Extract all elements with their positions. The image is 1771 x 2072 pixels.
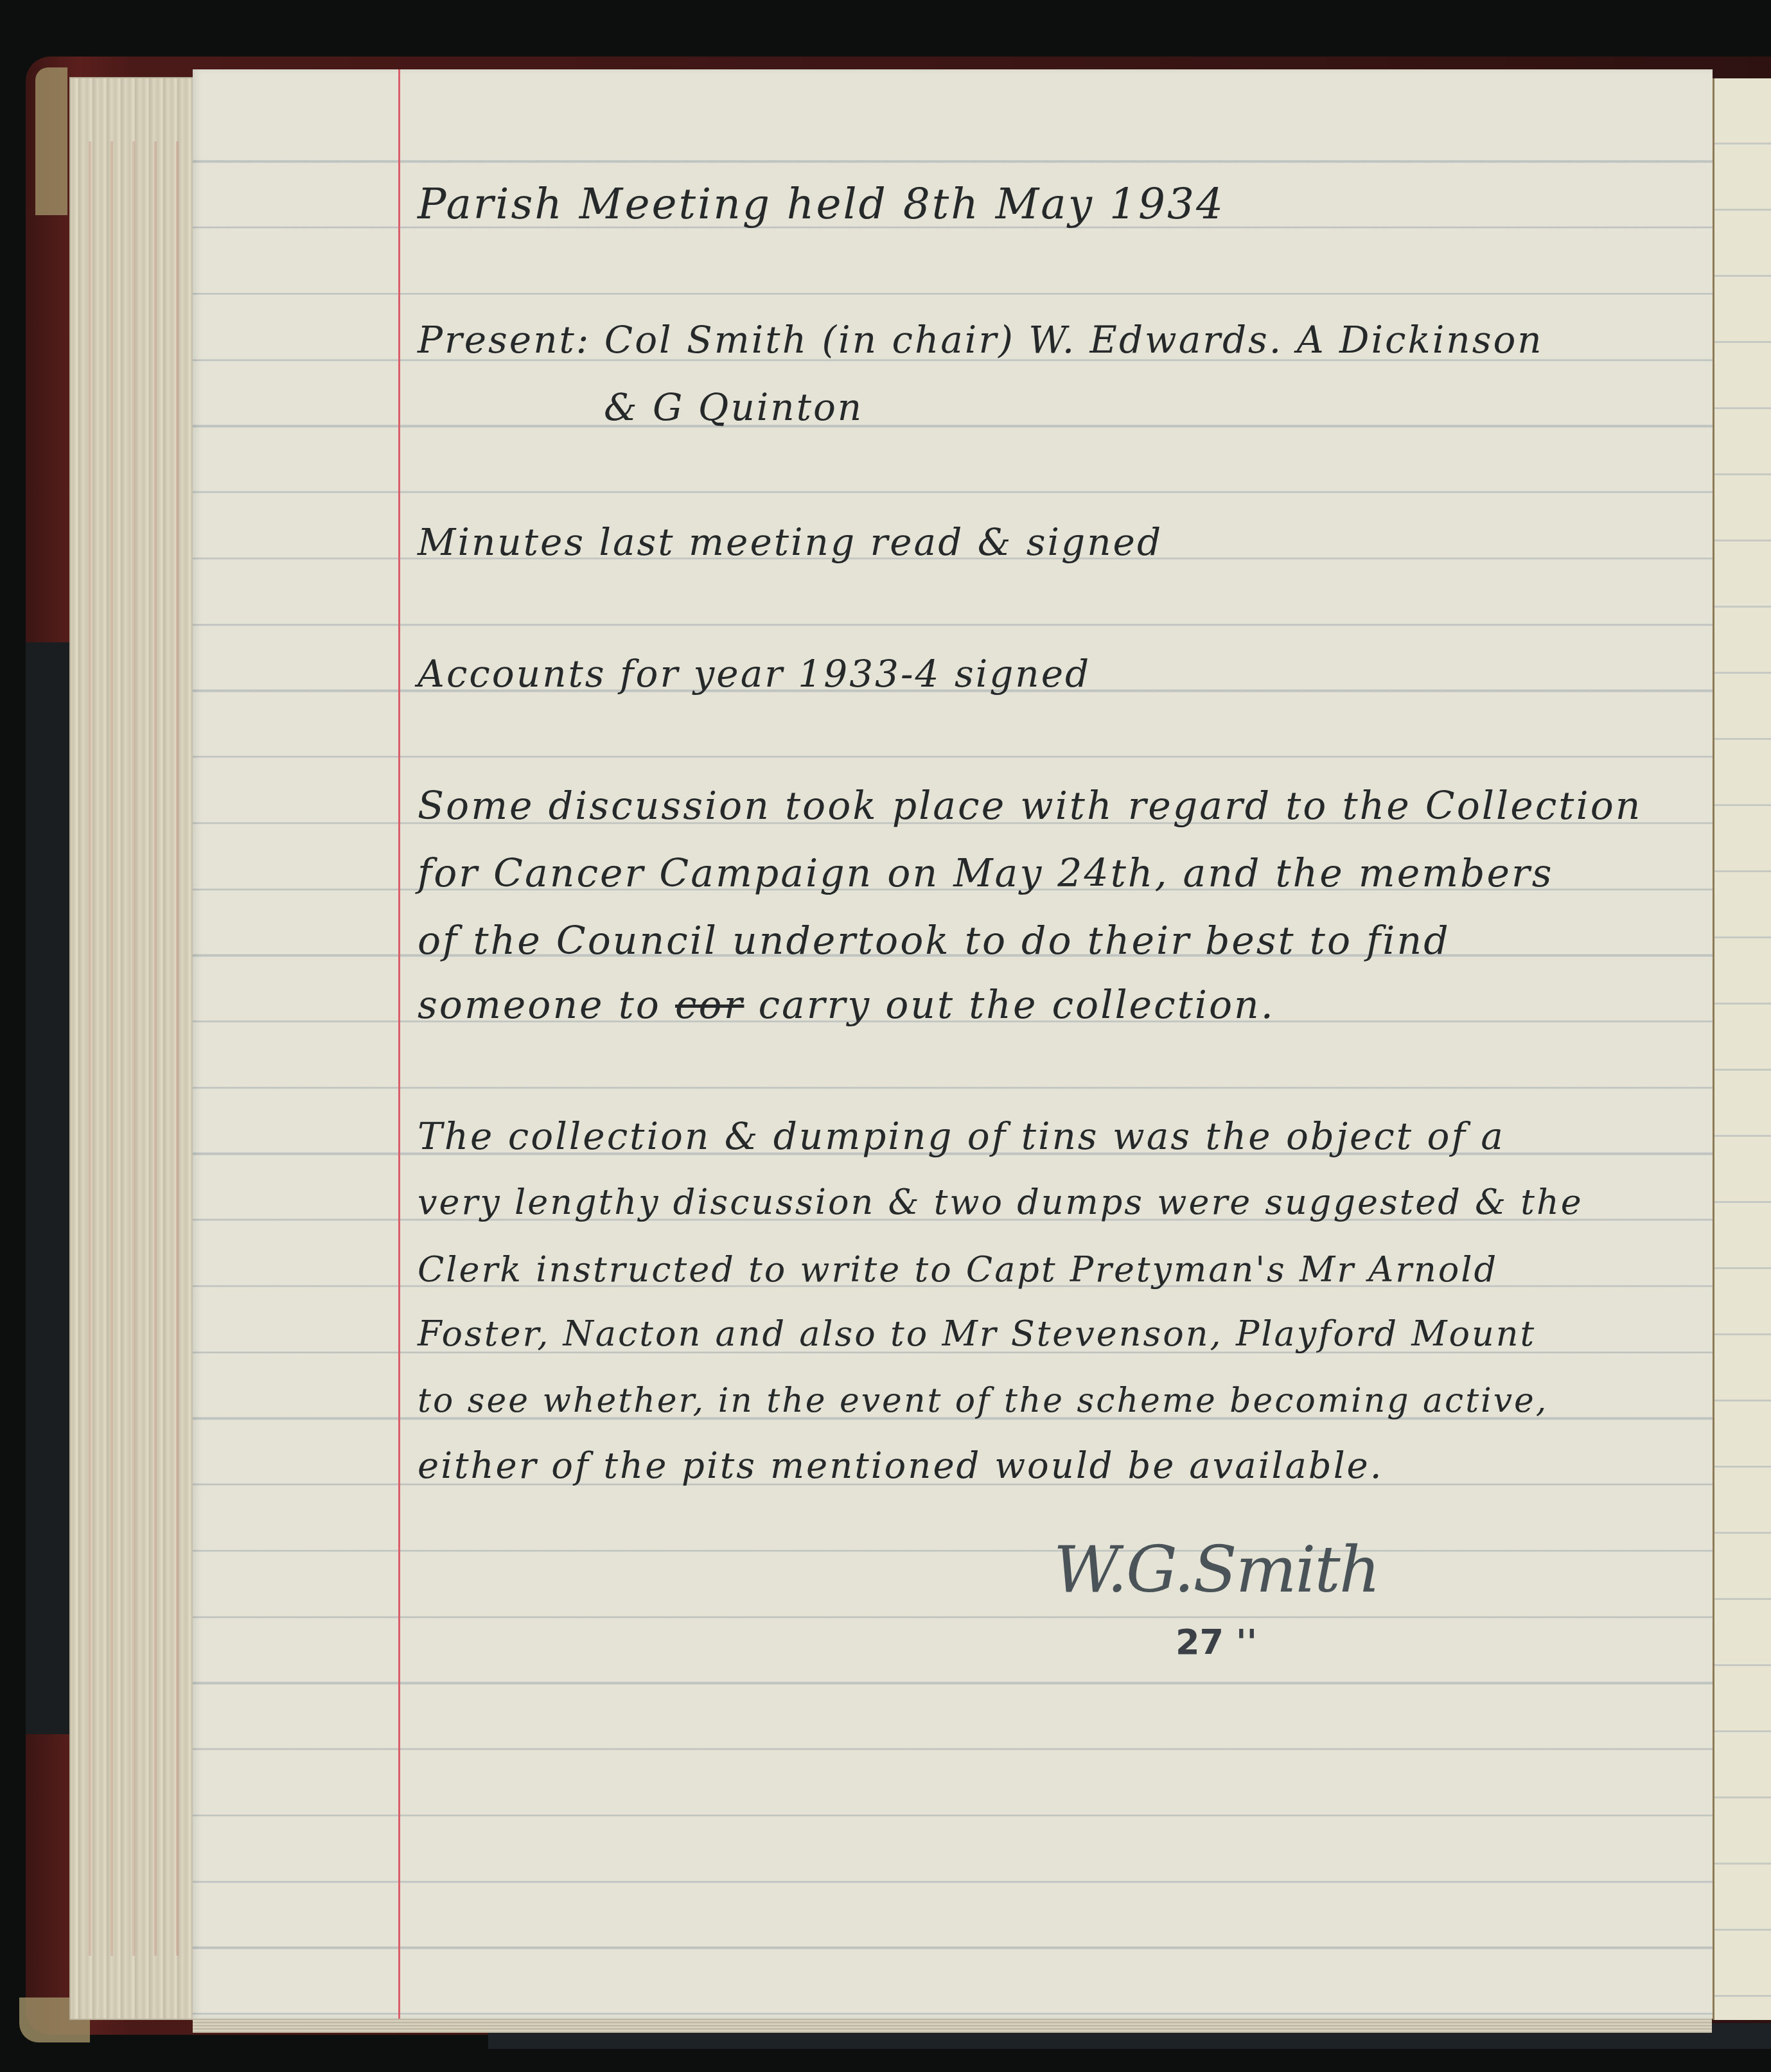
page-stack-edges (69, 77, 198, 2020)
para2-line3: Clerk instructed to write to Capt Pretym… (418, 1252, 1498, 1287)
para1-line4: someone to cor carry out the collection. (418, 986, 1275, 1024)
worn-corner-top (35, 67, 67, 215)
para2-line5: to see whether, in the event of the sche… (418, 1384, 1548, 1418)
para1-line3: of the Council undertook to do their bes… (418, 922, 1450, 960)
red-margin-rule (398, 69, 400, 2019)
present-line-1: Present: Col Smith (in chair) W. Edwards… (418, 321, 1544, 358)
present-line-2: & G Quinton (604, 389, 863, 426)
ledger-page (193, 69, 1713, 2019)
para1-line2: for Cancer Campaign on May 24th, and the… (418, 854, 1554, 893)
para2-line4: Foster, Nacton and also to Mr Stevenson,… (418, 1317, 1536, 1351)
adjacent-page-edge (1713, 78, 1771, 2020)
signature-date: 27 '' (1176, 1622, 1257, 1662)
para2-line6: either of the pits mentioned would be av… (418, 1448, 1384, 1484)
struck-word: cor (675, 983, 744, 1028)
para2-line2: very lengthy discussion & two dumps were… (418, 1185, 1583, 1220)
page-bottom-edges (193, 2017, 1712, 2033)
red-edge-tint (69, 141, 191, 1956)
para1-line4-after: carry out the collection. (758, 983, 1274, 1028)
accounts-line: Accounts for year 1933-4 signed (418, 655, 1091, 692)
para1-line4-before: someone to (418, 983, 661, 1028)
chair-signature: W.G.Smith (1053, 1532, 1379, 1607)
minutes-line: Minutes last meeting read & signed (418, 523, 1163, 561)
meeting-heading: Parish Meeting held 8th May 1934 (418, 183, 1225, 225)
para2-line1: The collection & dumping of tins was the… (418, 1118, 1505, 1155)
para1-line1: Some discussion took place with regard t… (418, 787, 1642, 825)
